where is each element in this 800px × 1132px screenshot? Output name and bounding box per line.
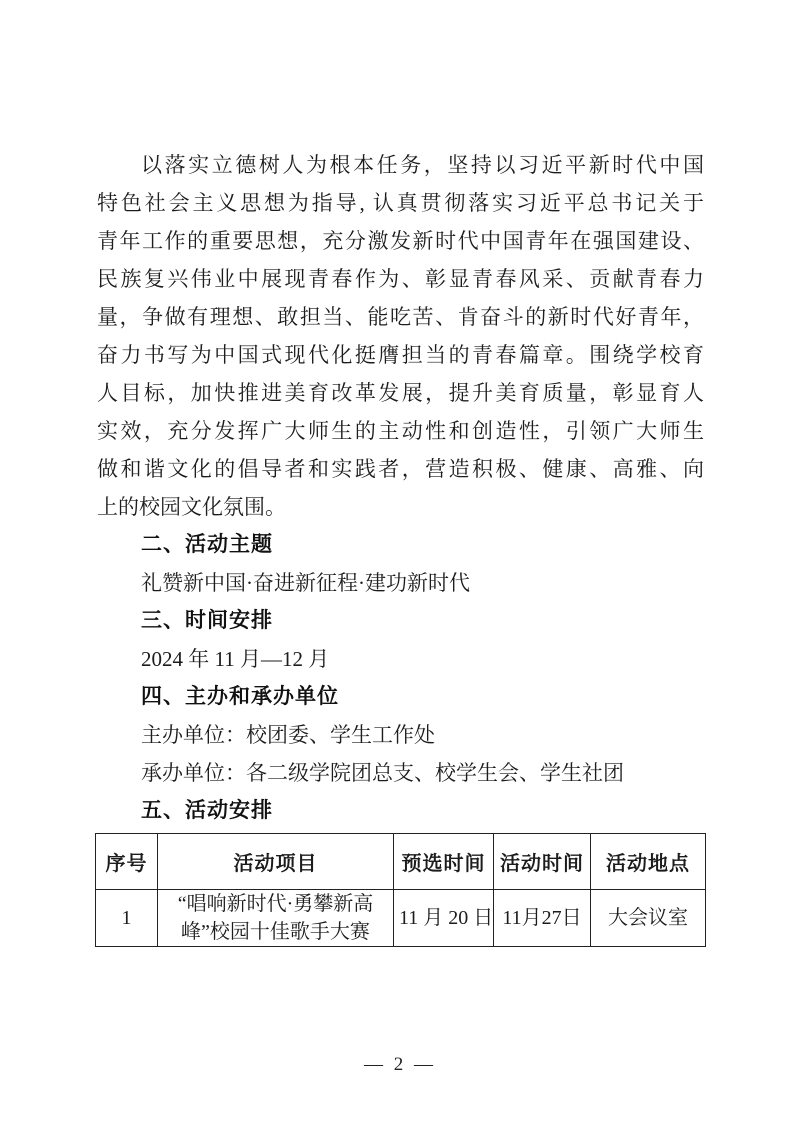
table-header-preselection-time: 预选时间 <box>394 834 494 890</box>
intro-line: 奋力书写为中国式现代化挺膺担当的青春篇章。围绕学校育 <box>97 336 704 374</box>
organizer-line-host: 主办单位：校团委、学生工作处 <box>97 716 704 754</box>
document-content: 以落实立德树人为根本任务，坚持以习近平新时代中国 特色社会主义思想为指导, 认真… <box>97 146 704 947</box>
intro-line: 上的校园文化氛围。 <box>97 488 704 526</box>
intro-line: 做和谐文化的倡导者和实践者，营造积极、健康、高雅、向 <box>97 450 704 488</box>
section-heading-activity-theme: 二、活动主题 <box>97 526 704 564</box>
table-header-serial-number: 序号 <box>96 834 158 890</box>
document-page: 以落实立德树人为根本任务，坚持以习近平新时代中国 特色社会主义思想为指导, 认真… <box>0 0 800 1132</box>
organizer-line-undertaker: 承办单位：各二级学院团总支、校学生会、学生社团 <box>97 754 704 792</box>
table-header-activity-item: 活动项目 <box>158 834 394 890</box>
section-heading-activity-schedule: 五、活动安排 <box>97 792 704 830</box>
activity-schedule-table: 序号 活动项目 预选时间 活动时间 活动地点 1 “唱响新时代·勇攀新高峰”校园… <box>95 833 706 947</box>
table-cell-activity-time: 11月27日 <box>494 890 591 947</box>
intro-paragraph: 以落实立德树人为根本任务，坚持以习近平新时代中国 特色社会主义思想为指导, 认真… <box>97 146 704 526</box>
intro-line: 青年工作的重要思想，充分激发新时代中国青年在强国建设、 <box>97 222 704 260</box>
section-content-activity-theme: 礼赞新中国·奋进新征程·建功新时代 <box>97 564 704 602</box>
intro-line: 人目标，加快推进美育改革发展，提升美育质量，彰显育人 <box>97 374 704 412</box>
table-row: 1 “唱响新时代·勇攀新高峰”校园十佳歌手大赛 11 月 20 日 11月27日… <box>96 890 706 947</box>
intro-line: 民族复兴伟业中展现青春作为、彰显青春风采、贡献青春力 <box>97 260 704 298</box>
table-cell-preselection-time: 11 月 20 日 <box>394 890 494 947</box>
page-number: — 2 — <box>0 1051 800 1079</box>
intro-line: 特色社会主义思想为指导, 认真贯彻落实习近平总书记关于 <box>97 184 704 222</box>
table-cell-activity-item: “唱响新时代·勇攀新高峰”校园十佳歌手大赛 <box>158 890 394 947</box>
table-header-activity-location: 活动地点 <box>591 834 706 890</box>
table-cell-serial-number: 1 <box>96 890 158 947</box>
section-heading-time-arrangement: 三、时间安排 <box>97 602 704 640</box>
table-cell-activity-location: 大会议室 <box>591 890 706 947</box>
intro-line: 以落实立德树人为根本任务，坚持以习近平新时代中国 <box>97 146 704 184</box>
intro-line: 实效，充分发挥广大师生的主动性和创造性，引领广大师生 <box>97 412 704 450</box>
table-header-row: 序号 活动项目 预选时间 活动时间 活动地点 <box>96 834 706 890</box>
section-heading-organizers: 四、主办和承办单位 <box>97 678 704 716</box>
table-header-activity-time: 活动时间 <box>494 834 591 890</box>
intro-line: 量，争做有理想、敢担当、能吃苦、肯奋斗的新时代好青年， <box>97 298 704 336</box>
section-content-time-arrangement: 2024 年 11 月—12 月 <box>97 640 704 678</box>
